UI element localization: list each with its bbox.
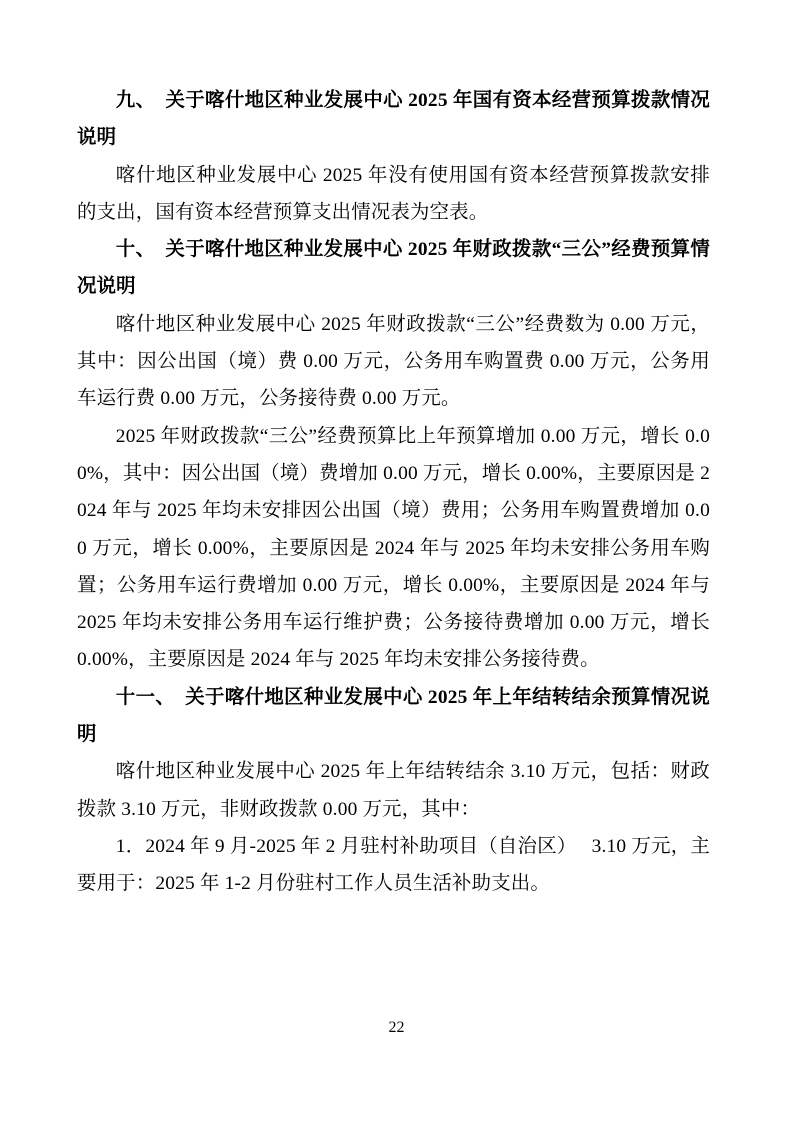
section-9-heading: 九、 关于喀什地区种业发展中心 2025 年国有资本经营预算拨款情况说明 [77, 82, 710, 157]
section-11-heading: 十一、 关于喀什地区种业发展中心 2025 年上年结转结余预算情况说明 [77, 679, 710, 754]
page-number: 22 [389, 1019, 405, 1036]
page-footer: 22 [0, 1018, 793, 1038]
document-body: 九、 关于喀什地区种业发展中心 2025 年国有资本经营预算拨款情况说明 喀什地… [77, 82, 710, 903]
section-11-item-1: 1．2024 年 9 月-2025 年 2 月驻村补助项目（自治区） 3.10 … [77, 828, 710, 903]
section-10-heading: 十、 关于喀什地区种业发展中心 2025 年财政拨款“三公”经费预算情况说明 [77, 231, 710, 306]
section-11-paragraph: 喀什地区种业发展中心 2025 年上年结转结余 3.10 万元，包括：财政拨款 … [77, 753, 710, 828]
section-10-paragraph-1: 喀什地区种业发展中心 2025 年财政拨款“三公”经费数为 0.00 万元，其中… [77, 306, 710, 418]
section-9-paragraph: 喀什地区种业发展中心 2025 年没有使用国有资本经营预算拨款安排的支出，国有资… [77, 157, 710, 232]
section-10-paragraph-2: 2025 年财政拨款“三公”经费预算比上年预算增加 0.00 万元，增长 0.0… [77, 418, 710, 679]
document-page: 九、 关于喀什地区种业发展中心 2025 年国有资本经营预算拨款情况说明 喀什地… [0, 0, 793, 1122]
